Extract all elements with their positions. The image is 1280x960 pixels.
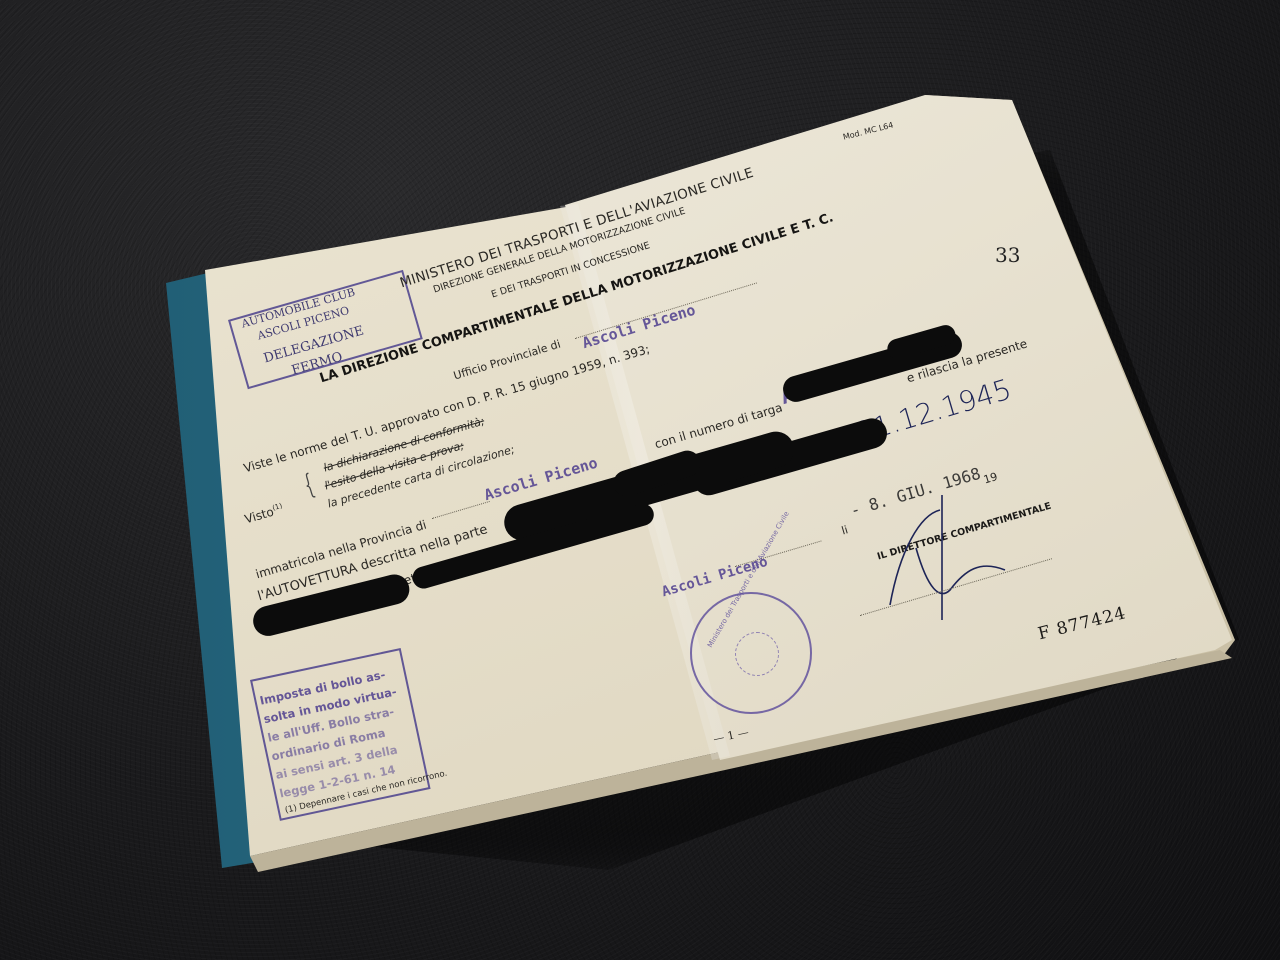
margin-note: 33 — [995, 243, 1020, 267]
seal-emblem — [735, 632, 779, 676]
registration-booklet: Mod. MC L64 33 AUTOMOBILE CLUB ASCOLI PI… — [0, 0, 1280, 960]
director-signature — [880, 490, 1020, 630]
visto-footnote-mark: (1) — [271, 502, 283, 512]
